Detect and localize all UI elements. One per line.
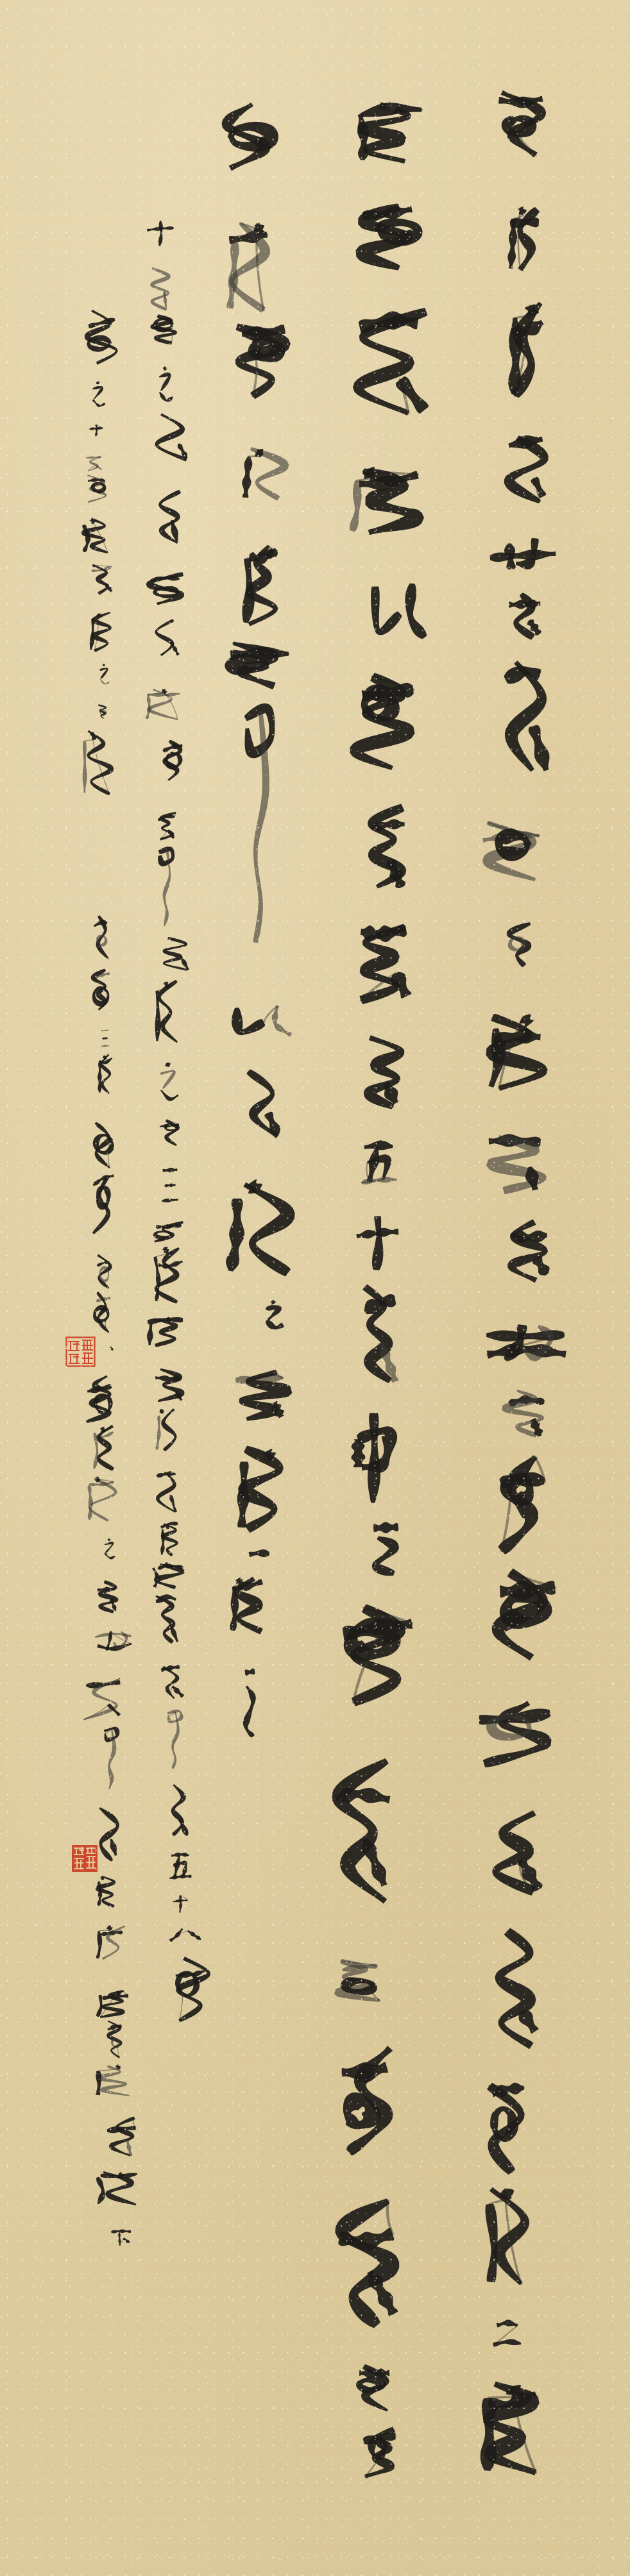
signature-character: 老 (95, 1252, 114, 1291)
brush-strokes (90, 1289, 115, 1336)
brush-strokes (237, 442, 296, 505)
inscription-character: 者 (159, 737, 188, 784)
inscription-character: 冬 (153, 617, 182, 659)
brush-strokes (88, 380, 107, 408)
inscription-character: 已 (96, 703, 109, 720)
main-character: 去 (239, 539, 284, 632)
brush-strokes (96, 1052, 114, 1097)
main-character: 是 (481, 1921, 545, 2057)
main-character: 於 (475, 816, 547, 887)
inscription-character: 事 (151, 1244, 186, 1306)
main-character: 但 (351, 98, 430, 169)
main-character: 年 (352, 1278, 404, 1390)
main-character: 積 (345, 667, 421, 778)
signature-character: 卯 (88, 966, 115, 1013)
brush-strokes (88, 609, 114, 654)
inscription-character: 年 (152, 977, 181, 1047)
brush-strokes (505, 295, 549, 404)
inscription-character: 十 (171, 1894, 189, 1914)
main-character: 憶 (341, 463, 430, 541)
inscription-character: 逢 (165, 1781, 191, 1839)
brush-strokes (170, 1954, 214, 2025)
inscription-character: 四 (149, 1562, 188, 1590)
signature-character: 東 (95, 1804, 122, 1865)
brush-strokes (165, 1781, 191, 1839)
signature-character: 京 (99, 1725, 121, 1792)
main-character: 今 (504, 919, 538, 970)
brush-strokes (352, 1278, 404, 1390)
main-character: 多 (477, 2375, 545, 2482)
brush-strokes (94, 1579, 121, 1615)
inscription-character: 余 (82, 307, 121, 367)
main-character: 良 (358, 2424, 401, 2482)
brush-strokes (498, 1385, 550, 1441)
main-character: 距 (481, 1009, 554, 1097)
main-character: 寫 (223, 215, 280, 319)
brush-strokes (226, 319, 296, 404)
brush-strokes (149, 487, 184, 547)
brush-strokes (345, 301, 438, 423)
brush-strokes (348, 1406, 399, 1510)
inscription-character: 能 (146, 313, 185, 346)
brush-strokes (152, 977, 181, 1047)
brush-strokes (477, 2375, 545, 2482)
brush-strokes (486, 1447, 555, 1560)
inscription-character: 六 (146, 265, 172, 313)
brush-strokes (94, 1988, 133, 2020)
brush-strokes (214, 637, 295, 693)
inscription-character: 之 (154, 364, 175, 404)
brush-strokes (88, 423, 105, 438)
brush-strokes (93, 1629, 133, 1653)
main-character: 生 (481, 2180, 532, 2293)
brush-strokes (89, 1172, 117, 1238)
brush-strokes (342, 919, 420, 1009)
main-character: 如 (226, 1366, 296, 1426)
brush-strokes (361, 1521, 411, 1579)
brush-strokes (478, 1319, 573, 1366)
brush-strokes (318, 1749, 399, 1913)
brush-strokes (96, 662, 111, 686)
inscription-character: 平 (158, 1521, 181, 1558)
brush-strokes (82, 307, 121, 367)
inscription-character: 升 (154, 1469, 181, 1515)
signature-character: 、 (108, 1345, 115, 1352)
signature-character: 報 (94, 1988, 133, 2020)
main-character: 廿 (484, 532, 561, 575)
main-character: 六 (502, 589, 550, 643)
main-character: 十 (351, 1210, 404, 1276)
brush-strokes (77, 1675, 125, 1723)
main-character: 往 (484, 1563, 563, 1667)
brush-strokes (91, 1422, 119, 1473)
brush-strokes (472, 1695, 558, 1772)
main-character: 業 (328, 1598, 423, 1712)
inscription-character: 的 (157, 1118, 184, 1148)
brush-strokes (171, 1894, 189, 1914)
brush-strokes (154, 1060, 181, 1103)
main-character: 終 (221, 1175, 300, 1283)
brush-strokes (154, 364, 175, 404)
brush-strokes (484, 1563, 563, 1667)
brush-strokes (221, 1175, 300, 1283)
inscription-character: 年 (162, 1708, 185, 1772)
main-character: 老 (235, 1065, 287, 1143)
signature-character: 年 (92, 2063, 135, 2099)
brush-strokes (152, 1592, 183, 1646)
inscription-character: 安 (152, 810, 180, 842)
brush-strokes (226, 1573, 269, 1637)
signature-character: 記 (93, 1629, 133, 1653)
signature-character: 書 (91, 1422, 119, 1473)
brush-strokes (502, 589, 550, 643)
signature-character: 海 (95, 1874, 117, 1909)
brush-strokes (223, 1000, 298, 1041)
brush-strokes (361, 575, 433, 646)
inscription-character: 也 (143, 1316, 188, 1349)
brush-strokes (239, 1665, 261, 1742)
brush-strokes (484, 532, 561, 575)
brush-strokes (143, 686, 184, 723)
main-character: 邡 (505, 203, 545, 276)
inscription-character: 三 (159, 1164, 181, 1208)
seal-lower-icon (72, 1845, 98, 1872)
signature-character: 後 (85, 1119, 120, 1172)
main-character: 成 (226, 319, 296, 404)
signature-character: 檐 (92, 2169, 146, 2208)
inscription-character: 七 (83, 455, 105, 473)
main-character: 冬 (357, 1031, 409, 1114)
brush-strokes (95, 1804, 122, 1865)
brush-strokes (259, 1297, 287, 1332)
main-character: 以 (361, 575, 433, 646)
inscription-character: 研 (79, 516, 119, 556)
brush-strokes (481, 1921, 545, 2057)
brush-strokes (79, 516, 119, 556)
brush-strokes (149, 1220, 187, 1244)
main-character: 雪 (361, 800, 413, 895)
brush-strokes (481, 1009, 554, 1097)
main-character: 如 (327, 1956, 390, 2006)
inscription-character: 晚 (158, 935, 191, 973)
main-character: 抱 (318, 1749, 399, 1913)
brush-strokes (95, 1874, 117, 1909)
brush-strokes (91, 913, 111, 962)
main-character: 能 (486, 1447, 555, 1560)
brush-strokes (92, 2063, 135, 2099)
brush-strokes (82, 1372, 117, 1426)
brush-strokes (96, 703, 109, 720)
main-character: 什 (490, 85, 554, 162)
main-character: 悅 (348, 199, 430, 276)
signature-character: 並 (94, 1579, 121, 1615)
main-character: 書 (332, 2038, 402, 2162)
brush-strokes (203, 96, 284, 176)
inscription-character: 至 (154, 1406, 180, 1454)
brush-strokes (498, 1215, 556, 1287)
main-character: 不 (498, 1385, 550, 1441)
main-character: 蜀 (500, 431, 554, 509)
brush-strokes (351, 98, 430, 169)
main-character: 時 (475, 1130, 554, 1198)
brush-strokes (505, 203, 545, 276)
brush-strokes (144, 571, 188, 607)
brush-strokes (109, 2227, 133, 2248)
brush-strokes (103, 2114, 139, 2159)
main-character: 畫 (328, 2190, 402, 2336)
inscription-character: 詳 (78, 727, 118, 798)
brush-strokes (88, 966, 115, 1013)
seal-stamp-upper (65, 1336, 96, 1367)
brush-strokes (154, 845, 176, 930)
main-character: 者 (477, 1804, 552, 1900)
brush-strokes (496, 652, 554, 780)
signature-character: 因 (90, 1289, 115, 1336)
main-character: 半 (353, 2361, 400, 2416)
main-character: 懂 (472, 1695, 558, 1772)
inscription-character: 怕 (143, 686, 184, 723)
main-character: 月 (235, 699, 279, 952)
brush-strokes (235, 1065, 287, 1143)
signature-character: 學 (89, 1172, 117, 1238)
brush-strokes (246, 1547, 273, 1560)
inscription-character: 歲 (170, 1954, 214, 2025)
brush-strokes (157, 1118, 184, 1148)
main-character: 云 (239, 1665, 261, 1742)
brush-strokes (158, 935, 191, 973)
inscription-character: 十 (144, 218, 176, 249)
brush-strokes (146, 313, 185, 346)
inscription-character: 五 (167, 1851, 194, 1882)
signature-character: 敬 (82, 1372, 117, 1426)
inscription-character: 雪 (149, 487, 184, 547)
signature-character: 下 (109, 2227, 133, 2248)
main-character: 難 (345, 301, 438, 423)
brush-strokes (149, 410, 192, 464)
brush-strokes (92, 2169, 146, 2208)
brush-strokes (358, 2424, 401, 2482)
brush-strokes (146, 265, 172, 313)
brush-strokes (151, 1244, 186, 1306)
brush-strokes (341, 463, 430, 541)
brush-strokes (328, 2190, 402, 2336)
signature-character: 濱 (94, 1923, 130, 1962)
brush-strokes (327, 1956, 390, 2006)
brush-strokes (239, 539, 284, 632)
brush-strokes (235, 699, 279, 952)
signature-character: 寫 (85, 1475, 120, 1524)
main-character: 二 (490, 2316, 525, 2353)
brush-strokes (78, 727, 118, 798)
main-character: 一 (246, 1547, 273, 1560)
signature-character: 月 (96, 1052, 114, 1097)
inscription-character: 家 (155, 1664, 186, 1701)
brush-strokes (481, 2078, 532, 2180)
signature-character: 南 (103, 2114, 139, 2159)
brush-strokes (83, 473, 111, 505)
inscription-character: 十 (88, 423, 105, 438)
main-character: 紙 (203, 96, 284, 176)
signature-character: 之 (101, 1537, 117, 1560)
main-character: 去 (505, 295, 549, 404)
signature-character: 辛 (91, 913, 111, 962)
inscription-character: 家 (149, 1220, 187, 1244)
brush-strokes (167, 1851, 194, 1882)
seal-upper-icon (65, 1336, 96, 1367)
brush-strokes (159, 737, 188, 784)
main-character: 年 (496, 652, 554, 780)
brush-strokes (345, 667, 421, 778)
main-character: 何 (233, 1441, 287, 1537)
brush-strokes (500, 431, 554, 509)
brush-strokes (154, 1406, 180, 1454)
brush-strokes (490, 85, 554, 162)
signature-character: 於 (77, 1675, 125, 1723)
main-character: 何 (237, 442, 296, 505)
brush-strokes (101, 1537, 117, 1560)
brush-strokes (361, 800, 413, 895)
brush-strokes (348, 199, 430, 276)
inscription-character: 歲 (83, 473, 111, 505)
main-character: 之 (259, 1297, 287, 1332)
brush-strokes (159, 1164, 181, 1208)
brush-strokes (99, 1027, 110, 1050)
brush-strokes (83, 455, 105, 473)
brush-strokes (85, 1475, 120, 1524)
brush-strokes (94, 1923, 130, 1962)
brush-strokes (85, 1119, 120, 1172)
inscription-character: 之 (88, 380, 107, 408)
brush-strokes (477, 1804, 552, 1900)
brush-strokes (351, 1210, 404, 1276)
main-character: 五 (356, 1140, 402, 1190)
inscription-character: 之 (154, 1060, 181, 1103)
brush-strokes (108, 1345, 115, 1352)
seal-stamp-lower (72, 1845, 98, 1872)
brush-strokes (328, 1598, 423, 1712)
brush-strokes (88, 562, 115, 596)
brush-strokes (332, 2038, 402, 2162)
inscription-character: 之 (96, 662, 111, 686)
brush-strokes (154, 1469, 181, 1515)
brush-strokes (504, 919, 538, 970)
brush-strokes (158, 1521, 181, 1558)
inscription-character: 八 (167, 1926, 203, 1943)
brush-strokes (223, 215, 280, 319)
brush-strokes (490, 2316, 525, 2353)
brush-strokes (144, 218, 176, 249)
inscription-character: 年 (152, 1592, 183, 1646)
brush-strokes (357, 1031, 409, 1114)
brush-strokes (233, 1441, 287, 1537)
brush-strokes (152, 810, 180, 842)
inscription-character: 凝 (144, 571, 188, 607)
inscription-character: 書 (88, 609, 114, 654)
main-character: 云 (361, 1521, 411, 1579)
brush-strokes (95, 1252, 114, 1291)
main-character: 而 (226, 1573, 269, 1637)
main-character: 而 (478, 1319, 573, 1366)
brush-strokes (481, 2180, 532, 2293)
main-character: 而 (214, 637, 295, 693)
brush-strokes (353, 2361, 400, 2416)
brush-strokes (143, 1316, 188, 1349)
main-character: 以 (223, 1000, 298, 1041)
main-character: 中 (348, 1406, 399, 1510)
inscription-character: 時 (149, 1366, 188, 1404)
signature-character: 寓 (105, 2018, 124, 2060)
brush-strokes (475, 816, 547, 887)
brush-strokes (162, 1708, 185, 1772)
inscription-character: 積 (149, 410, 192, 464)
brush-strokes (356, 1140, 402, 1190)
inscription-character: 究 (88, 562, 115, 596)
brush-strokes (105, 2018, 124, 2060)
signature-character: 三 (99, 1027, 110, 1050)
main-character: 先 (481, 2078, 532, 2180)
main-character: 出 (498, 1215, 556, 1287)
brush-strokes (155, 1664, 186, 1701)
inscription-character: 年 (154, 845, 176, 930)
brush-strokes (475, 1130, 554, 1198)
brush-strokes (149, 1562, 188, 1590)
brush-strokes (167, 1926, 203, 1943)
brush-strokes (226, 1366, 296, 1426)
brush-strokes (153, 617, 182, 659)
brush-strokes (99, 1725, 121, 1792)
brush-strokes (149, 1366, 188, 1404)
main-character: 凝 (342, 919, 420, 1009)
